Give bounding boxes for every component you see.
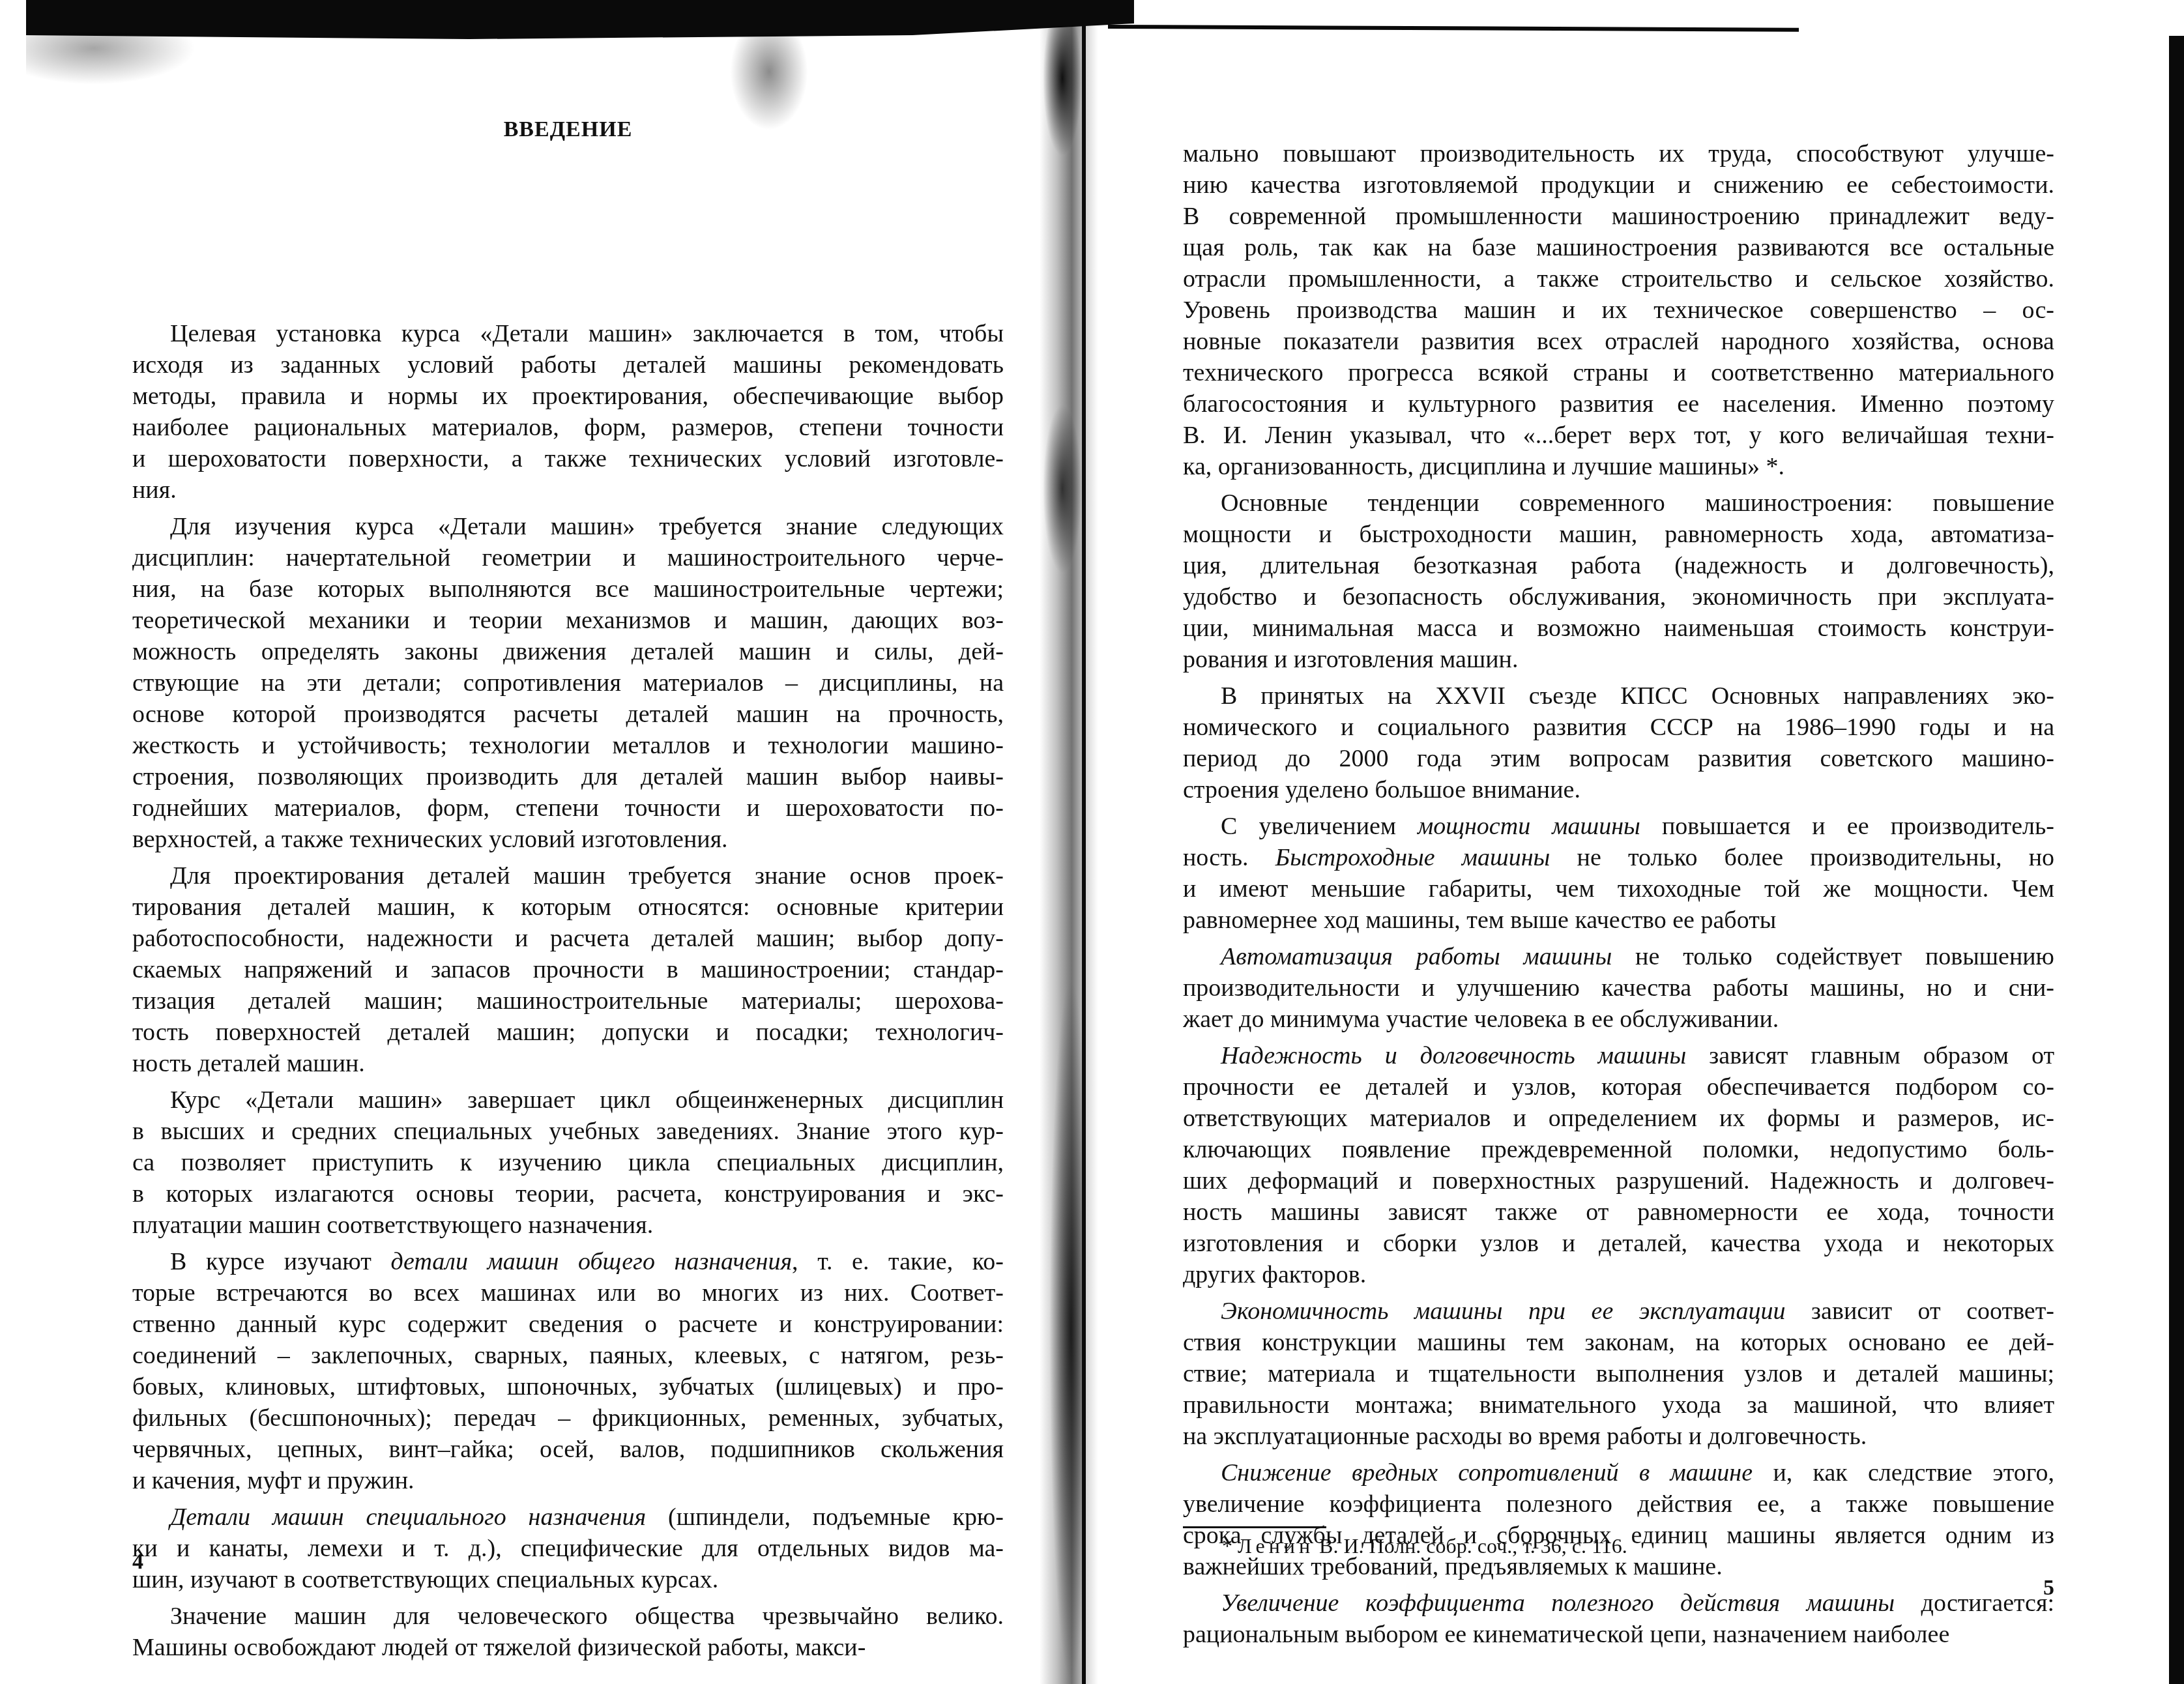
text-line: торые встречаются во всех машинах или во… — [132, 1277, 1004, 1309]
text-line: мально повышают производительность их тр… — [1183, 138, 2054, 169]
text-line: Для изучения курса «Детали машин» требуе… — [132, 511, 1004, 542]
text-line: строения уделено большое внимание. — [1183, 774, 2054, 806]
text-line: В курсе изучают детали машин общего назн… — [132, 1246, 1004, 1277]
text-line: ших деформаций и поверхностных разрушени… — [1183, 1165, 2054, 1197]
text-line: Значение машин для человеческого обществ… — [132, 1601, 1004, 1632]
text-line: ность деталей машин. — [132, 1048, 1004, 1079]
text-line: Для проектирования деталей машин требует… — [132, 860, 1004, 892]
paragraph: Значение машин для человеческого обществ… — [132, 1601, 1004, 1663]
text-line: наиболее рациональных материалов, форм, … — [132, 412, 1004, 443]
text-line: работоспособности, надежности и расчета … — [132, 923, 1004, 954]
text-line: можность определять законы движения дета… — [132, 636, 1004, 667]
book-spine-line — [1082, 26, 1086, 1684]
text-line: Целевая установка курса «Детали машин» з… — [132, 318, 1004, 349]
text-line: прочности ее деталей и узлов, которая об… — [1183, 1071, 2054, 1103]
scan-top-edge-line — [1108, 25, 1799, 32]
book-spine-blot — [1043, 404, 1082, 573]
text-line: и качения, муфт и пружин. — [132, 1465, 1004, 1496]
paragraph: В курсе изучают детали машин общего назн… — [132, 1246, 1004, 1496]
page-number: 5 — [2043, 1576, 2054, 1601]
scan-noise — [730, 33, 808, 130]
text-line: изготовления и сборки узлов и деталей, к… — [1183, 1228, 2054, 1259]
text-line: жает до минимума участие человека в ее о… — [1183, 1004, 2054, 1035]
text-line: щая роль, так как на базе машиностроения… — [1183, 232, 2054, 263]
text-line: Детали машин специального назначения (шп… — [132, 1502, 1004, 1533]
text-line: методы, правила и нормы их проектировани… — [132, 381, 1004, 412]
text-line: шин, изучают в соответствующих специальн… — [132, 1564, 1004, 1595]
text-line: ция, длительная безотказная работа (наде… — [1183, 550, 2054, 581]
text-line: тизация деталей машин; машиностроительны… — [132, 985, 1004, 1017]
text-line: ключающих появление преждевременной поло… — [1183, 1134, 2054, 1165]
footnote: * Ленин В. И. Полн. собр. соч., т. 36, с… — [1222, 1533, 1627, 1559]
text-line: увеличение коэффициента полезного действ… — [1183, 1488, 2054, 1520]
text-line: ции, минимальная масса и возможно наимен… — [1183, 613, 2054, 644]
text-line: в высших и средних специальных учебных з… — [132, 1116, 1004, 1147]
text-line: нию качества изготовляемой продукции и с… — [1183, 169, 2054, 201]
italic-term: Снижение вредных сопротивлений в машине — [1221, 1459, 1753, 1487]
page-number: 4 — [132, 1550, 143, 1575]
text-line: тость поверхностей деталей машин; допуск… — [132, 1017, 1004, 1048]
text-line: бовых, клиновых, штифтовых, шпоночных, з… — [132, 1371, 1004, 1402]
text-line: правильности монтажа; внимательного уход… — [1183, 1389, 2054, 1421]
footnote-author: Ленин — [1238, 1534, 1314, 1558]
text-line: ствия конструкции машины тем законам, на… — [1183, 1327, 2054, 1358]
text-line: фильных (бесшпоночных); передач – фрикци… — [132, 1402, 1004, 1434]
text-line: других факторов. — [1183, 1259, 2054, 1290]
text-line: дисциплин: начертательной геометрии и ма… — [132, 542, 1004, 573]
text-line: Снижение вредных сопротивлений в машине … — [1183, 1457, 2054, 1488]
chapter-heading: ВВЕДЕНИЕ — [132, 117, 1004, 142]
paragraph: Надежность и долговечность машины завися… — [1183, 1040, 2054, 1290]
paragraph: Курс «Детали машин» завершает цикл общеи… — [132, 1084, 1004, 1241]
text-line: С увеличением мощности машины повышается… — [1183, 811, 2054, 842]
text-line: теоретической механики и теории механизм… — [132, 605, 1004, 636]
scan-noise — [26, 33, 196, 85]
paragraph: Снижение вредных сопротивлений в машине … — [1183, 1457, 2054, 1582]
text-line: новные показатели развития всех отраслей… — [1183, 326, 2054, 357]
paragraph: Целевая установка курса «Детали машин» з… — [132, 318, 1004, 506]
text-line: жесткость и устойчивость; технологии мет… — [132, 730, 1004, 761]
paragraph: Для изучения курса «Детали машин» требуе… — [132, 511, 1004, 855]
italic-term: Увеличение коэффициента полезного действ… — [1221, 1590, 1895, 1617]
footnote-marker: * — [1222, 1534, 1232, 1558]
text-line: ность машины зависят также от равномерно… — [1183, 1197, 2054, 1228]
text-line: годнейших материалов, форм, степени точн… — [132, 792, 1004, 824]
text-line: основе которой производятся расчеты дета… — [132, 699, 1004, 730]
paragraph: мально повышают производительность их тр… — [1183, 138, 2054, 482]
text-line: соединений – заклепочных, сварных, паяны… — [132, 1340, 1004, 1371]
text-line: технического прогресса всякой страны и с… — [1183, 357, 2054, 388]
text-line: ствующие на эти детали; сопротивления ма… — [132, 667, 1004, 699]
text-line: исходя из заданных условий работы детале… — [132, 349, 1004, 381]
text-line: период до 2000 года этим вопросам развит… — [1183, 743, 2054, 774]
text-line: рования и изготовления машин. — [1183, 644, 2054, 675]
text-line: ствие; материала и тщательности выполнен… — [1183, 1358, 2054, 1389]
text-line: червячных, цепных, винт–гайка; осей, вал… — [132, 1434, 1004, 1465]
right-page-body: мально повышают производительность их тр… — [1183, 138, 2054, 1655]
text-line: мощности и быстроходности машин, равноме… — [1183, 519, 2054, 550]
italic-term: Надежность и долговечность машины — [1221, 1042, 1686, 1069]
text-line: ка, организованность, дисциплина и лучши… — [1183, 451, 2054, 482]
paragraph: Автоматизация работы машины не только со… — [1183, 941, 2054, 1035]
paragraph: Для проектирования деталей машин требует… — [132, 860, 1004, 1079]
text-line: рациональным выбором ее кинематической ц… — [1183, 1619, 2054, 1650]
text-line: на эксплуатационные расходы во время раб… — [1183, 1421, 2054, 1452]
left-page-body: Целевая установка курса «Детали машин» з… — [132, 318, 1004, 1668]
text-line: благосостояния и культурного развития ее… — [1183, 388, 2054, 420]
text-line: Машины освобождают людей от тяжелой физи… — [132, 1632, 1004, 1663]
italic-term: Быстроходные машины — [1275, 844, 1551, 871]
scan-right-edge — [2169, 36, 2184, 1684]
text-line: ния, на базе которых выполняются все маш… — [132, 573, 1004, 605]
text-line: ственно данный курс содержит сведения о … — [132, 1309, 1004, 1340]
book-spine-blot — [1043, 26, 1082, 156]
text-line: Уровень производства машин и их техничес… — [1183, 295, 2054, 326]
text-line: Увеличение коэффициента полезного действ… — [1183, 1588, 2054, 1619]
paragraph: С увеличением мощности машины повышается… — [1183, 811, 2054, 936]
italic-term: Автоматизация работы машины — [1221, 943, 1612, 970]
text-line: номического и социального развития СССР … — [1183, 712, 2054, 743]
italic-term: Экономичность машины при ее эксплуатации — [1221, 1298, 1786, 1325]
italic-term: мощности машины — [1418, 813, 1640, 840]
book-spine-blot — [1049, 978, 1085, 1684]
text-line: строения, позволяющих производить для де… — [132, 761, 1004, 792]
text-line: отрасли промышленности, а также строител… — [1183, 263, 2054, 295]
text-line: Надежность и долговечность машины завися… — [1183, 1040, 2054, 1071]
text-line: производительности и улучшению качества … — [1183, 972, 2054, 1004]
text-line: равномернее ход машины, тем выше качеств… — [1183, 905, 2054, 936]
text-line: В современной промышленности машинострое… — [1183, 201, 2054, 232]
footnote-text: В. И. Полн. собр. соч., т. 36, с. 116. — [1319, 1534, 1627, 1558]
text-line: са позволяет приступить к изучению цикла… — [132, 1147, 1004, 1178]
text-line: Курс «Детали машин» завершает цикл общеи… — [132, 1084, 1004, 1116]
text-line: скаемых напряжений и запасов прочности в… — [132, 954, 1004, 985]
text-line: в которых излагаются основы теории, расч… — [132, 1178, 1004, 1210]
italic-term: детали машин общего назначения — [390, 1248, 792, 1275]
text-line: ность. Быстроходные машины не только бол… — [1183, 842, 2054, 873]
text-line: тирования деталей машин, к которым относ… — [132, 892, 1004, 923]
text-line: Автоматизация работы машины не только со… — [1183, 941, 2054, 972]
paragraph: Детали машин специального назначения (шп… — [132, 1502, 1004, 1595]
text-line: В принятых на XXVII съезде КПСС Основных… — [1183, 680, 2054, 712]
paragraph: Экономичность машины при ее эксплуатации… — [1183, 1296, 2054, 1452]
footnote-divider — [1183, 1526, 1326, 1528]
text-line: Экономичность машины при ее эксплуатации… — [1183, 1296, 2054, 1327]
text-line: удобство и безопасность обслуживания, эк… — [1183, 581, 2054, 613]
text-line: ния. — [132, 474, 1004, 506]
paragraph: В принятых на XXVII съезде КПСС Основных… — [1183, 680, 2054, 806]
paragraph: Увеличение коэффициента полезного действ… — [1183, 1588, 2054, 1650]
text-line: ки и канаты, лемехи и т. д.), специфичес… — [132, 1533, 1004, 1564]
text-line: В. И. Ленин указывал, что «...берет верх… — [1183, 420, 2054, 451]
paragraph: Основные тенденции современного машиност… — [1183, 487, 2054, 675]
text-line: Основные тенденции современного машиност… — [1183, 487, 2054, 519]
text-line: верхностей, а также технических условий … — [132, 824, 1004, 855]
text-line: и имеют меньшие габариты, чем тихоходные… — [1183, 873, 2054, 905]
text-line: ответствующих материалов и определением … — [1183, 1103, 2054, 1134]
text-line: плуатации машин соответствующего назначе… — [132, 1210, 1004, 1241]
text-line: и шероховатости поверхности, а также тех… — [132, 443, 1004, 474]
italic-term: Детали машин специального назначения — [170, 1503, 646, 1531]
